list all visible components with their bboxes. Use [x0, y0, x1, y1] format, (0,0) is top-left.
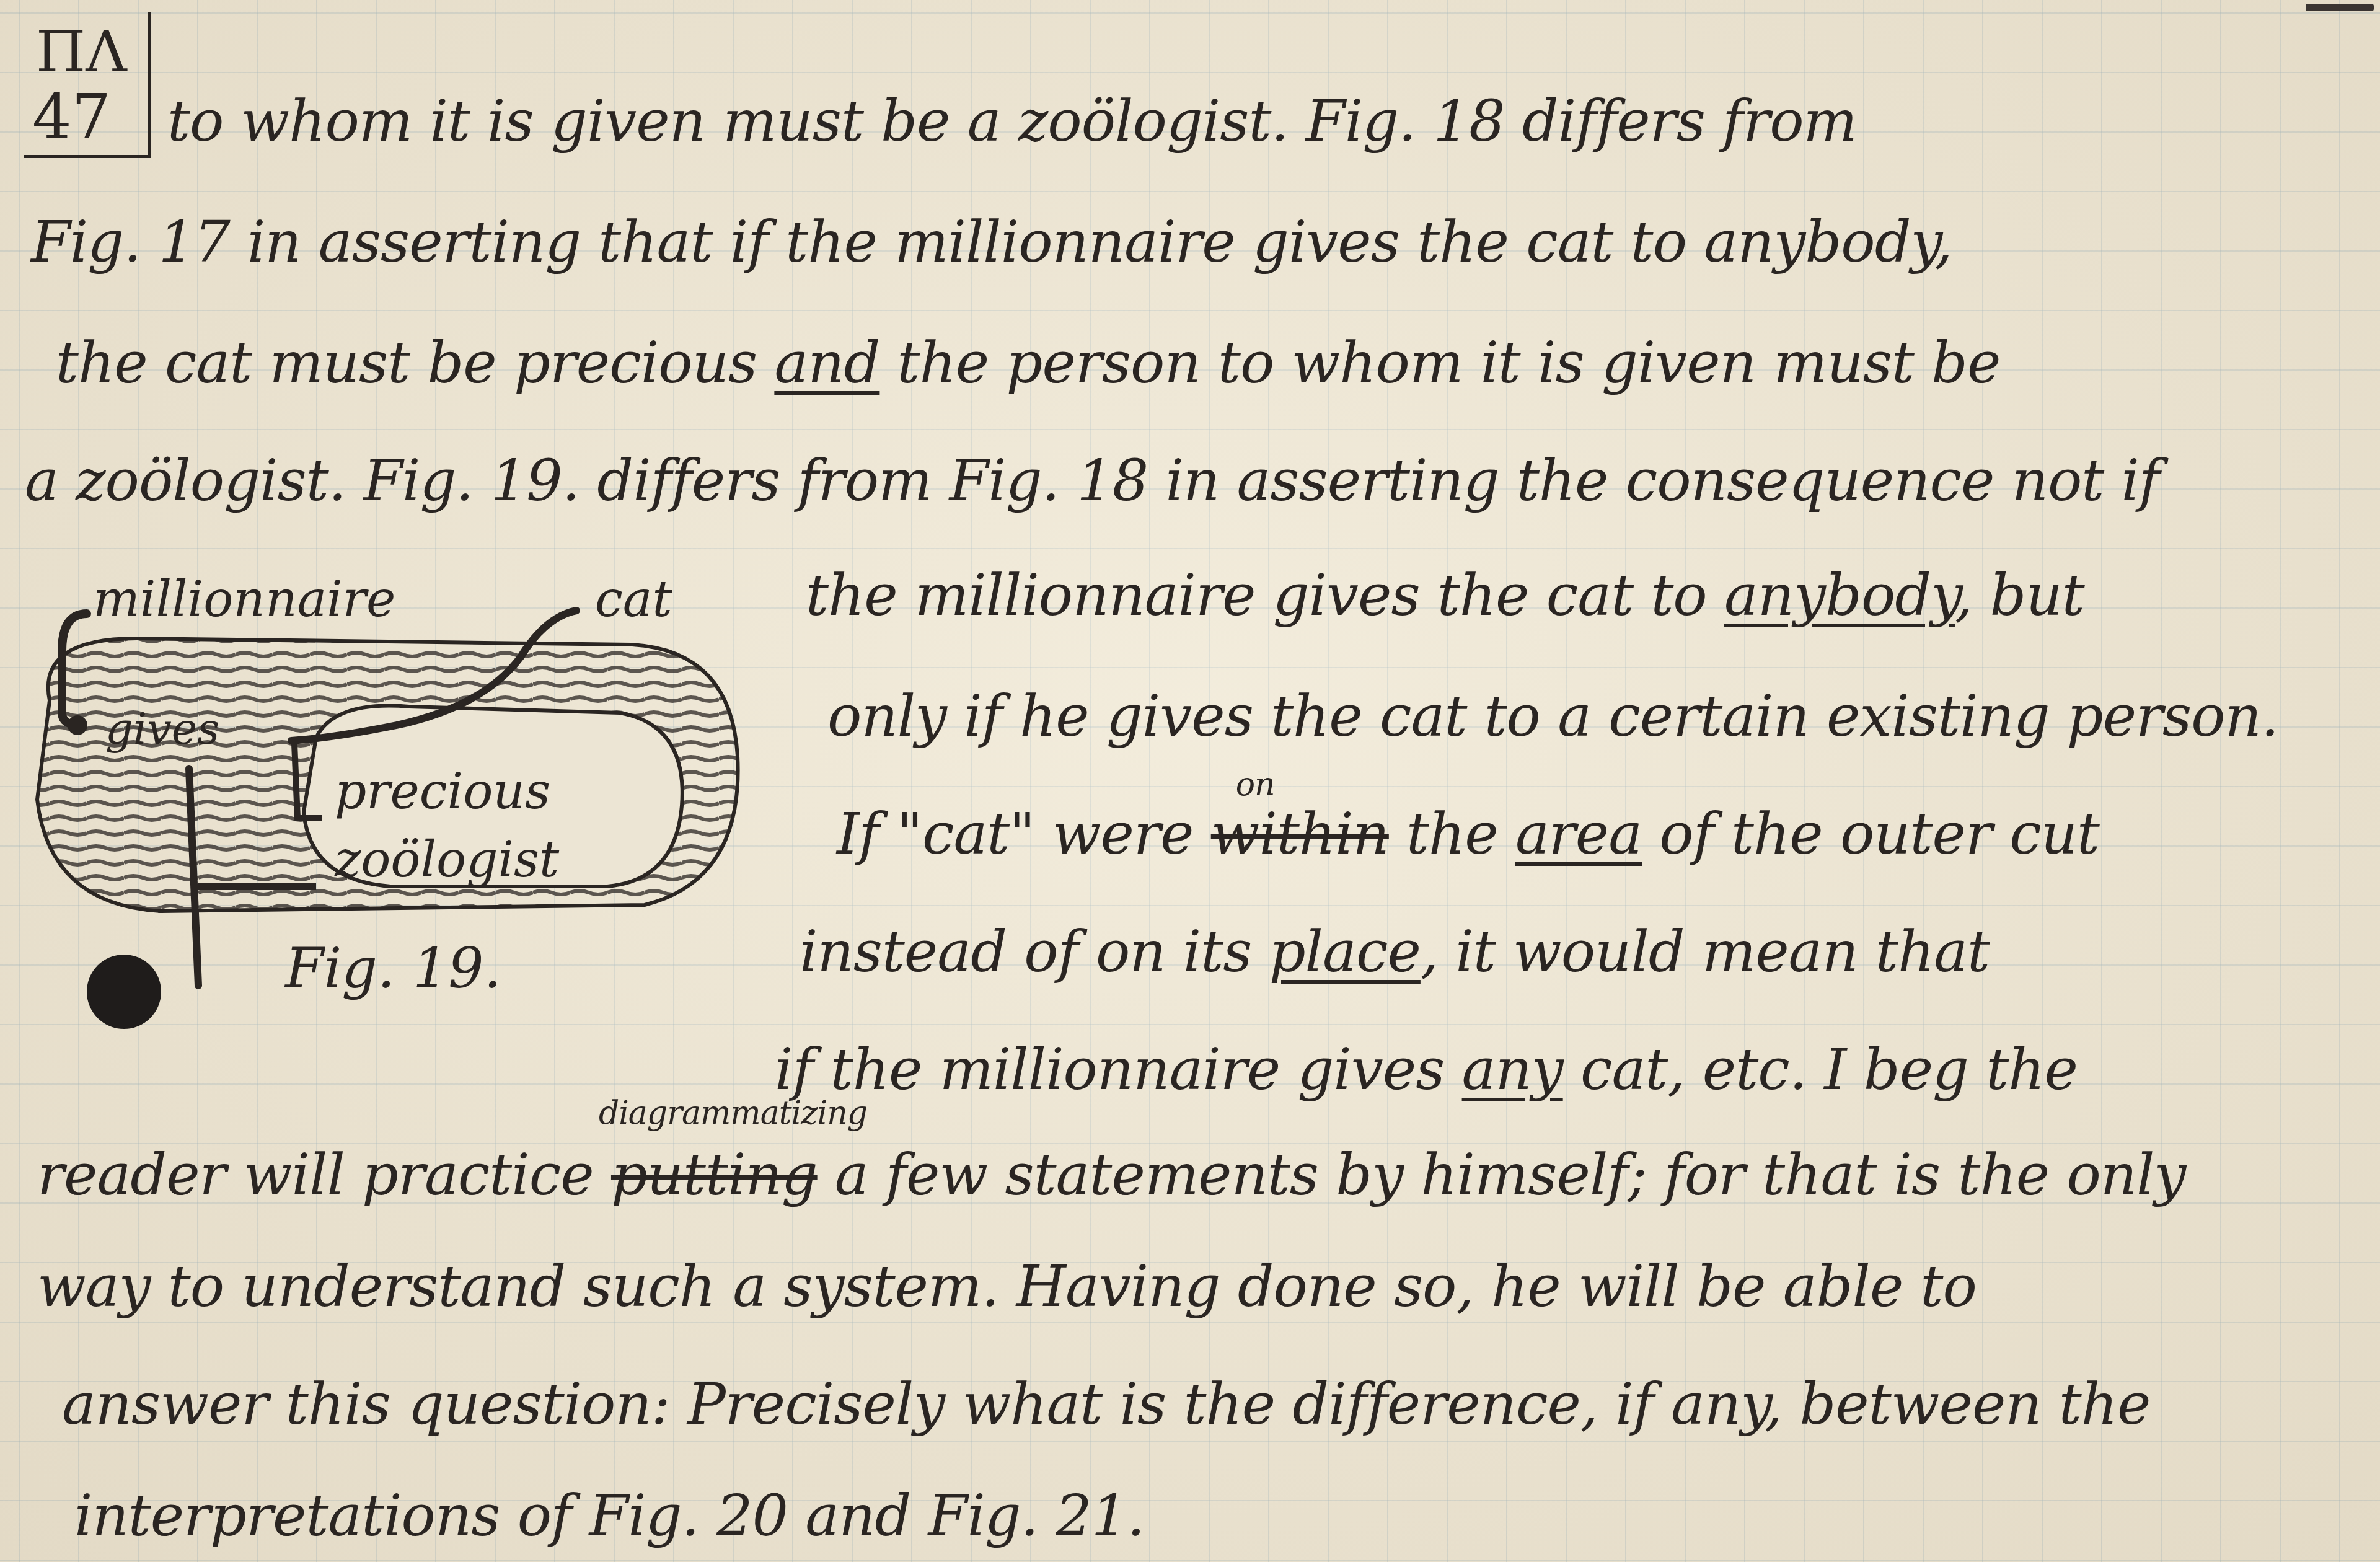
line-text: only if he gives the cat to a certain ex…	[827, 683, 2278, 749]
line-text: the cat must be precious	[56, 330, 774, 396]
punch-hole	[87, 955, 161, 1029]
page-number: 47	[32, 81, 111, 153]
struck-word: putting	[611, 1142, 818, 1208]
label-cat: cat	[595, 570, 672, 628]
line-text: way to understand such a system. Having …	[37, 1253, 1977, 1320]
underlined-word: any	[1462, 1036, 1563, 1103]
text-line-10: reader will practice puttingdiagrammatiz…	[37, 1147, 2185, 1204]
text-line-12: answer this question: Precisely what is …	[62, 1376, 2151, 1433]
line-text: to whom it is given must be a zoölogist.…	[167, 88, 1857, 154]
text-line-13: interpretations of Fig. 20 and Fig. 21.	[74, 1488, 1145, 1545]
line-text: , but	[1955, 562, 2084, 629]
text-line-5: the millionnaire gives the cat to anybod…	[806, 567, 2084, 624]
label-zoologist: zoölogist	[335, 831, 559, 888]
label-gives: gives	[105, 704, 219, 754]
line-text: cat, etc. I beg the	[1563, 1036, 2078, 1103]
line-text: interpretations of Fig. 20 and Fig. 21.	[74, 1483, 1145, 1549]
text-line-7: If "cat" were withinon the area of the o…	[837, 806, 2099, 863]
line-text: answer this question: Precisely what is …	[62, 1371, 2151, 1437]
line-text: a few statements by himself; for that is…	[818, 1142, 2186, 1208]
line-text: instead of on its	[800, 919, 1269, 985]
underlined-word: and	[774, 330, 879, 396]
label-millionnaire: millionnaire	[93, 570, 395, 628]
text-line-3: the cat must be precious and the person …	[56, 335, 2000, 392]
line-text: of the outer cut	[1642, 801, 2099, 867]
text-line-9: if the millionnaire gives any cat, etc. …	[775, 1041, 2078, 1098]
inserted-word: diagrammatizing	[599, 1097, 867, 1129]
text-line-1: to whom it is given must be a zoölogist.…	[167, 93, 1857, 150]
line-text: the millionnaire gives the cat to	[806, 562, 1724, 629]
corner-ink-mark	[2306, 4, 2374, 11]
page-identifier-box: ΠΛ 47	[24, 12, 151, 158]
line-text: the	[1389, 801, 1515, 867]
figure-caption: Fig. 19.	[285, 936, 501, 1001]
struck-word: within	[1211, 801, 1389, 867]
line-text: Fig. 17 in asserting that if the million…	[31, 209, 1952, 275]
line-text: the person to whom it is given must be	[879, 330, 2000, 396]
text-line-8: instead of on its place, it would mean t…	[800, 924, 1990, 981]
line-text: if the millionnaire gives	[775, 1036, 1462, 1103]
label-precious: precious	[335, 762, 550, 820]
line-text: reader will practice	[37, 1142, 611, 1208]
text-line-6: only if he gives the cat to a certain ex…	[827, 688, 2278, 745]
text-line-4: a zoölogist. Fig. 19. differs from Fig. …	[25, 452, 2159, 510]
text-line-11: way to understand such a system. Having …	[37, 1258, 1977, 1315]
line-text: a zoölogist. Fig. 19. differs from Fig. …	[25, 448, 2159, 514]
underlined-word: anybody	[1724, 562, 1955, 629]
inserted-word: on	[1236, 769, 1275, 801]
text-line-2: Fig. 17 in asserting that if the million…	[31, 214, 1952, 271]
underlined-word: area	[1515, 801, 1642, 867]
line-text: , it would mean that	[1421, 919, 1990, 985]
line-text: If "cat" were	[837, 801, 1211, 867]
series-mark: ΠΛ	[36, 19, 127, 85]
underlined-word: place	[1269, 919, 1421, 985]
